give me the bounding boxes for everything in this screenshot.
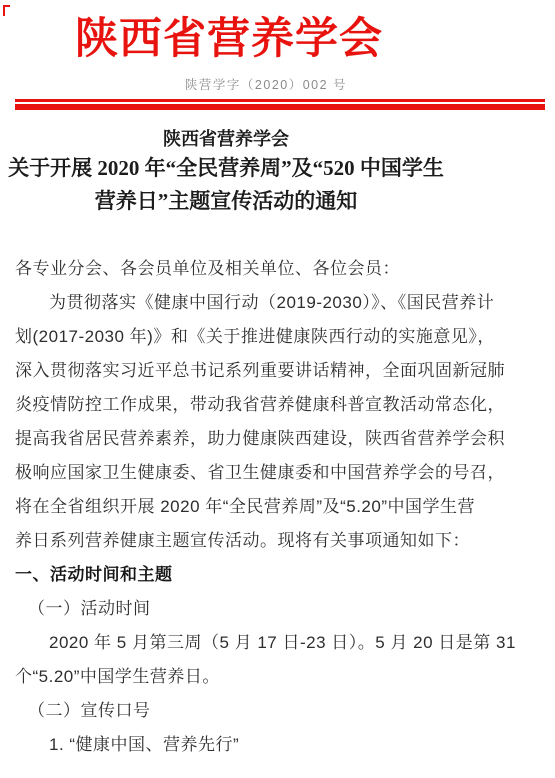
slogan-item-1: 1. “健康中国、营养先行” [15, 728, 527, 762]
subsection-1-label: （一）活动时间 [15, 592, 527, 626]
org-letterhead-title: 陕西省营养学会 [0, 14, 458, 66]
letterhead-divider-rule [15, 99, 545, 110]
subsection-2-label: （二）宣传口号 [15, 694, 527, 728]
paragraph-line: 养日系列营养健康主题宣传活动。现将有关事项通知如下： [15, 524, 527, 558]
notice-document-page: 陕西省营养学会 陕营学字（2020）002 号 陕西省营养学会 关于开展 202… [0, 0, 555, 778]
activity-time-line-2: 个“5.20”中国学生营养日。 [15, 660, 527, 694]
divider-thick-line [15, 104, 545, 110]
notice-body: 各专业分会、各会员单位及相关单位、各位会员： 为贯彻落实《健康中国行动（2019… [15, 252, 527, 762]
section-1-heading: 一、活动时间和主题 [15, 558, 527, 592]
salutation-line: 各专业分会、各会员单位及相关单位、各位会员： [15, 252, 527, 286]
paragraph-line: 提高我省居民营养素养，助力健康陕西建设，陕西省营养学会积 [15, 422, 527, 456]
paragraph-line: 划(2017-2030 年)》和《关于推进健康陕西行动的实施意见》， [15, 320, 527, 354]
paragraph-line: 极响应国家卫生健康委、省卫生健康委和中国营养学会的号召， [15, 456, 527, 490]
paragraph-line: 炎疫情防控工作成果，带动我省营养健康科普宣教活动常态化， [15, 388, 527, 422]
activity-time-line-1: 2020 年 5 月第三周（5 月 17 日-23 日）。5 月 20 日是第 … [15, 626, 527, 660]
paragraph-line: 为贯彻落实《健康中国行动（2019-2030）》、《国民营养计 [15, 286, 527, 320]
notice-title: 陕西省营养学会 关于开展 2020 年“全民营养周”及“520 中国学生 营养日… [0, 126, 452, 218]
notice-title-line-2: 关于开展 2020 年“全民营养周”及“520 中国学生 [0, 152, 452, 185]
document-number: 陕营学字（2020）002 号 [0, 77, 532, 93]
paragraph-line: 将在全省组织开展 2020 年“全民营养周”及“5.20”中国学生营 [15, 490, 527, 524]
notice-title-line-1: 陕西省营养学会 [0, 126, 452, 152]
notice-title-line-3: 营养日”主题宣传活动的通知 [0, 185, 452, 218]
paragraph-line: 深入贯彻落实习近平总书记系列重要讲话精神，全面巩固新冠肺 [15, 354, 527, 388]
